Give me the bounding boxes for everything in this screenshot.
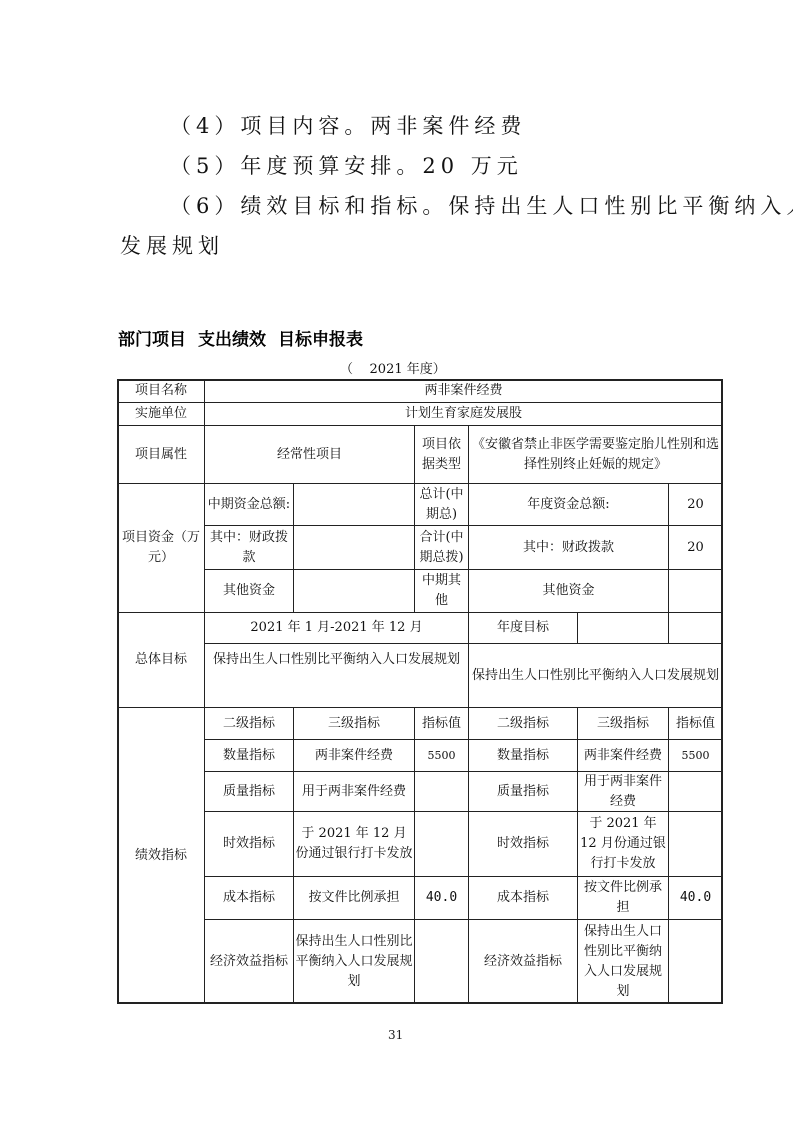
annual-other-label: 其他资金: [468, 569, 669, 613]
table-row-cell: 两非案件经费: [577, 739, 669, 772]
table-row-cell: 保持出生人口性别比平衡纳入人口发展规划: [577, 919, 669, 1004]
table-row-cell: 时效指标: [468, 811, 578, 877]
project-name-label: 项目名称: [117, 379, 205, 403]
unit-label: 实施单位: [117, 402, 205, 426]
unit-value: 计划生育家庭发展股: [204, 402, 723, 426]
annual-other-value: [668, 569, 723, 613]
mid-total-label: 中期资金总额:: [204, 483, 294, 526]
header-level3: 三级指标: [293, 707, 415, 740]
heading-part-1: 部门项目: [118, 330, 186, 350]
annual-goal-extra: [668, 612, 723, 644]
table-row-cell: 于 2021 年 12 月份通过银行打卡发放: [577, 811, 669, 877]
table-row-cell: 40.0: [668, 876, 723, 920]
paragraph-performance-goal: （6）绩效目标和指标。保持出生人口性别比平衡纳入人口: [170, 190, 793, 220]
header-level2-annual: 二级指标: [468, 707, 578, 740]
table-row-cell: 两非案件经费: [293, 739, 415, 772]
table-heading: 部门项目支出绩效目标申报表: [118, 325, 375, 350]
header-value: 指标值: [414, 707, 469, 740]
attribute-label: 项目属性: [117, 425, 205, 484]
overall-goal-label: 总体目标: [117, 612, 205, 708]
table-row-cell: 时效指标: [204, 811, 294, 877]
basis-label: 项目依据类型: [414, 425, 469, 484]
table-row-cell: 5500: [668, 739, 723, 772]
annual-fiscal-value: 20: [668, 525, 723, 570]
mid-total-value: [293, 483, 415, 526]
performance-label: 绩效指标: [117, 707, 205, 1004]
table-row-cell: 成本指标: [204, 876, 294, 920]
mid-fiscal-label: 其中：财政拨款: [204, 525, 294, 570]
header-level2: 二级指标: [204, 707, 294, 740]
annual-total-value: 20: [668, 483, 723, 526]
heading-part-2: 支出绩效: [198, 330, 266, 350]
mid-other-label: 其他资金: [204, 569, 294, 613]
table-row-cell: [668, 771, 723, 812]
table-row-cell: 于 2021 年 12 月份通过银行打卡发放: [293, 811, 415, 877]
funds-label: 项目资金（万元）: [117, 483, 205, 613]
annual-goal-text: 保持出生人口性别比平衡纳入人口发展规划: [468, 643, 723, 708]
paragraph-annual-budget: （5）年度预算安排。20 万元: [170, 150, 523, 180]
table-row-cell: 经济效益指标: [204, 919, 294, 1004]
paragraph-project-content: （4）项目内容。两非案件经费: [170, 110, 526, 140]
mid-total-sum-label: 总计(中期总): [414, 483, 469, 526]
mid-fiscal-value: [293, 525, 415, 570]
table-row-cell: 按文件比例承担: [577, 876, 669, 920]
project-name-value: 两非案件经费: [204, 379, 723, 403]
table-row-cell: 用于两非案件经费: [577, 771, 669, 812]
overall-period: 2021 年 1 月-2021 年 12 月: [204, 612, 469, 644]
table-row-cell: 40.0: [414, 876, 469, 920]
page-number: 31: [388, 1028, 403, 1042]
mid-other-value: [293, 569, 415, 613]
table-row-cell: [414, 811, 469, 877]
annual-total-label: 年度资金总额:: [468, 483, 669, 526]
table-row-cell: 用于两非案件经费: [293, 771, 415, 812]
mid-term-goal: 保持出生人口性别比平衡纳入人口发展规划: [204, 643, 469, 708]
annual-goal-value: [577, 612, 669, 644]
table-row-cell: [668, 811, 723, 877]
paragraph-performance-goal-cont: 发展规划: [120, 230, 224, 260]
table-row-cell: 5500: [414, 739, 469, 772]
annual-goal-label: 年度目标: [468, 612, 578, 644]
mid-fiscal-sum-label: 合计(中期总拨): [414, 525, 469, 570]
table-row-cell: 质量指标: [468, 771, 578, 812]
mid-other-sum-label: 中期其他: [414, 569, 469, 613]
annual-fiscal-label: 其中：财政拨款: [468, 525, 669, 570]
table-row-cell: [668, 919, 723, 1004]
header-level3-annual: 三级指标: [577, 707, 669, 740]
basis-value: 《安徽省禁止非医学需要鉴定胎儿性别和选择性别终止妊娠的规定》: [468, 425, 723, 484]
table-row-cell: 保持出生人口性别比平衡纳入人口发展规划: [293, 919, 415, 1004]
header-value-annual: 指标值: [668, 707, 723, 740]
table-row-cell: 数量指标: [204, 739, 294, 772]
table-row-cell: [414, 771, 469, 812]
table-row-cell: 按文件比例承担: [293, 876, 415, 920]
table-row-cell: 经济效益指标: [468, 919, 578, 1004]
table-row-cell: 数量指标: [468, 739, 578, 772]
table-row-cell: 质量指标: [204, 771, 294, 812]
table-row-cell: 成本指标: [468, 876, 578, 920]
table-year: （ 2021 年度）: [340, 358, 446, 377]
heading-part-3: 目标申报表: [278, 330, 363, 350]
attribute-value: 经常性项目: [204, 425, 415, 484]
table-row-cell: [414, 919, 469, 1004]
